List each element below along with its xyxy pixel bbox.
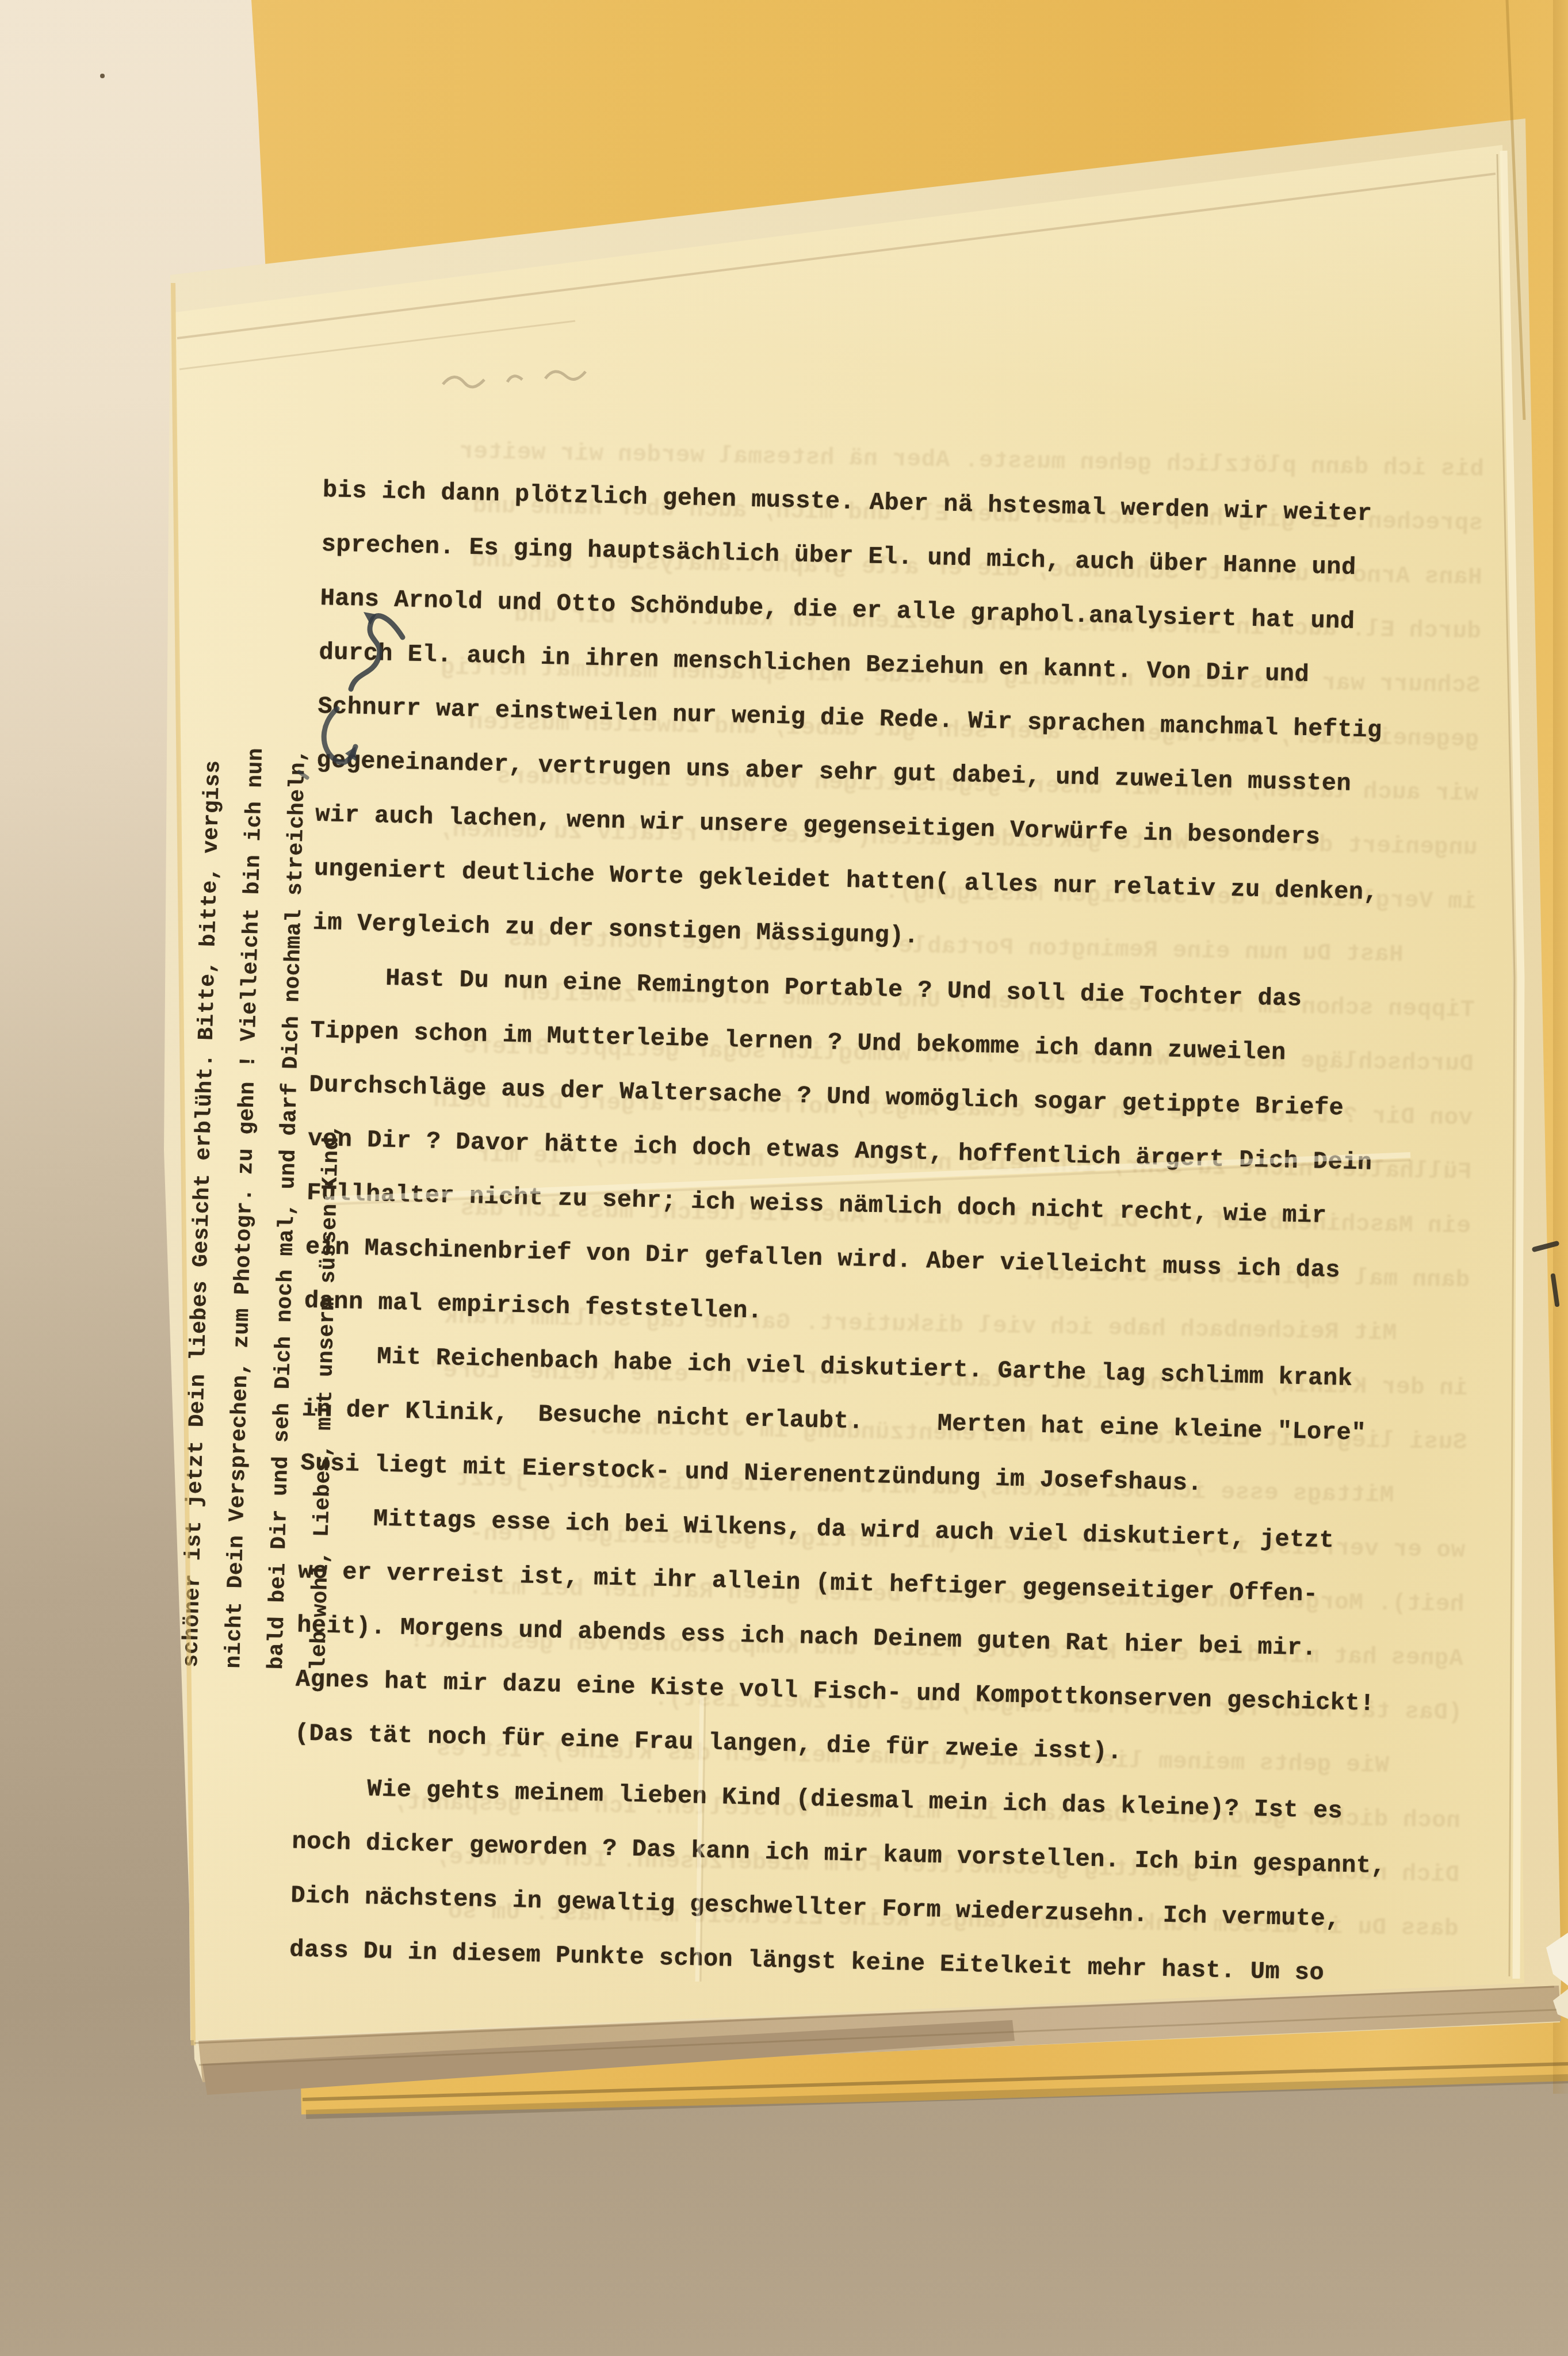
photo-scene: bis ich dann plötzlich gehen musste. Abe… [0,0,1568,2356]
typed-text-block: bis ich dann plötzlich gehen musste. Abe… [289,463,1479,2003]
margin-note-block: schöner ist jetzt Dein liebes Gesicht er… [170,396,374,1672]
desk-speck [100,74,105,78]
